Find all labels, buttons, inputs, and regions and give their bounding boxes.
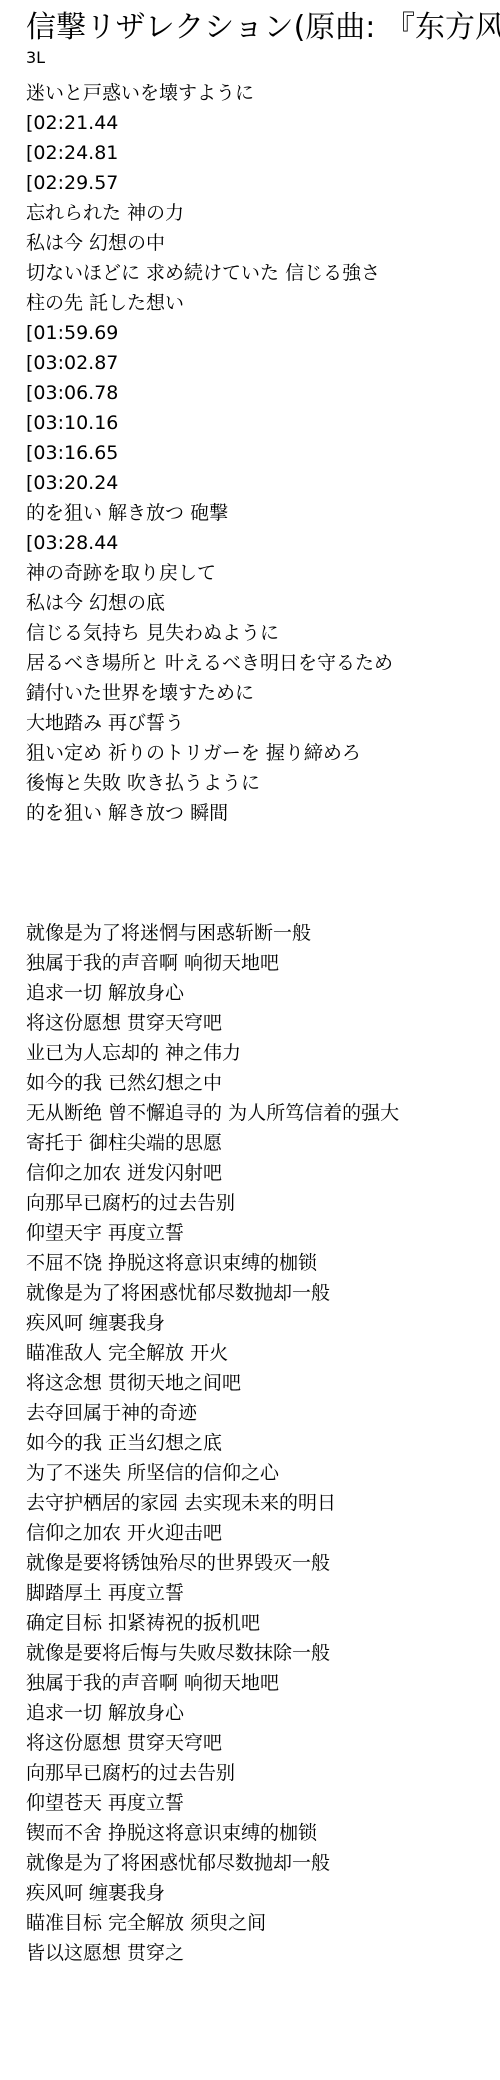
lyric-line: 仰望苍天 再度立誓 (26, 1788, 500, 1818)
artist-name: 3L (26, 48, 500, 68)
lyric-line: 将这份愿想 贯穿天穹吧 (26, 1728, 500, 1758)
lyric-line: [03:20.24 (26, 468, 500, 498)
lyric-line: 仰望天宇 再度立誓 (26, 1218, 500, 1248)
lyric-line: 如今的我 正当幻想之底 (26, 1428, 500, 1458)
lyric-line: 独属于我的声音啊 响彻天地吧 (26, 948, 500, 978)
chinese-lyrics-section: 就像是为了将迷惘与困惑斩断一般独属于我的声音啊 响彻天地吧追求一切 解放身心将这… (26, 918, 500, 1968)
lyric-line: 神の奇跡を取り戻して (26, 558, 500, 588)
lyric-line: [03:06.78 (26, 378, 500, 408)
lyric-line: 锲而不舍 挣脱这将意识束缚的枷锁 (26, 1818, 500, 1848)
lyric-line: [01:59.69 (26, 318, 500, 348)
lyric-line: 就像是为了将困惑忧郁尽数抛却一般 (26, 1848, 500, 1878)
lyric-line: 迷いと戸惑いを壊すように (26, 78, 500, 108)
lyric-line: 皆以这愿想 贯穿之 (26, 1938, 500, 1968)
lyric-line: 的を狙い 解き放つ 砲撃 (26, 498, 500, 528)
lyric-line: [03:02.87 (26, 348, 500, 378)
lyric-line: 瞄准目标 完全解放 须臾之间 (26, 1908, 500, 1938)
lyric-line: 忘れられた 神の力 (26, 198, 500, 228)
lyric-line: 向那早已腐朽的过去告别 (26, 1758, 500, 1788)
lyric-line: 无从断绝 曾不懈追寻的 为人所笃信着的强大 (26, 1098, 500, 1128)
lyric-line: 就像是要将后悔与失败尽数抹除一般 (26, 1638, 500, 1668)
lyric-line: 切ないほどに 求め続けていた 信じる強さ (26, 258, 500, 288)
lyric-line: 将这念想 贯彻天地之间吧 (26, 1368, 500, 1398)
lyric-line: [02:29.57 (26, 168, 500, 198)
lyric-line: [03:16.65 (26, 438, 500, 468)
lyric-line: 独属于我的声音啊 响彻天地吧 (26, 1668, 500, 1698)
lyrics-page: 信撃リザレクション(原曲: 『东方风 3L 迷いと戸惑いを壊すように[02:21… (0, 0, 500, 1968)
lyric-line: 信仰之加农 开火迎击吧 (26, 1518, 500, 1548)
song-title: 信撃リザレクション(原曲: 『东方风 (26, 10, 500, 46)
lyric-line: [03:10.16 (26, 408, 500, 438)
lyric-line: 疾风呵 缠裹我身 (26, 1878, 500, 1908)
lyric-line: 就像是为了将迷惘与困惑斩断一般 (26, 918, 500, 948)
lyric-line: 就像是要将锈蚀殆尽的世界毁灭一般 (26, 1548, 500, 1578)
lyric-line: 錆付いた世界を壊すために (26, 678, 500, 708)
lyric-line: 为了不迷失 所坚信的信仰之心 (26, 1458, 500, 1488)
lyric-line: 不屈不饶 挣脱这将意识束缚的枷锁 (26, 1248, 500, 1278)
lyric-line: 向那早已腐朽的过去告别 (26, 1188, 500, 1218)
japanese-lyrics-section: 迷いと戸惑いを壊すように[02:21.44[02:24.81[02:29.57忘… (26, 78, 500, 828)
lyric-line: 私は今 幻想の中 (26, 228, 500, 258)
lyric-line: 去夺回属于神的奇迹 (26, 1398, 500, 1428)
lyric-line: 如今的我 已然幻想之中 (26, 1068, 500, 1098)
lyric-line: 寄托于 御柱尖端的思愿 (26, 1128, 500, 1158)
lyric-line: [02:21.44 (26, 108, 500, 138)
lyric-line: 将这份愿想 贯穿天穹吧 (26, 1008, 500, 1038)
lyric-line: [03:28.44 (26, 528, 500, 558)
lyric-line: 居るべき場所と 叶えるべき明日を守るため (26, 648, 500, 678)
lyric-line: 就像是为了将困惑忧郁尽数抛却一般 (26, 1278, 500, 1308)
lyric-line: 後悔と失敗 吹き払うように (26, 768, 500, 798)
lyric-line: 追求一切 解放身心 (26, 1698, 500, 1728)
lyric-line: 狙い定め 祈りのトリガーを 握り締めろ (26, 738, 500, 768)
lyric-line: 的を狙い 解き放つ 瞬間 (26, 798, 500, 828)
lyric-line: 大地踏み 再び誓う (26, 708, 500, 738)
lyric-line: 信じる気持ち 見失わぬように (26, 618, 500, 648)
lyric-line: [02:24.81 (26, 138, 500, 168)
lyric-line: 疾风呵 缠裹我身 (26, 1308, 500, 1338)
lyric-line: 私は今 幻想の底 (26, 588, 500, 618)
lyric-line: 信仰之加农 迸发闪射吧 (26, 1158, 500, 1188)
lyric-line: 业已为人忘却的 神之伟力 (26, 1038, 500, 1068)
lyric-line: 确定目标 扣紧祷祝的扳机吧 (26, 1608, 500, 1638)
lyric-line: 脚踏厚土 再度立誓 (26, 1578, 500, 1608)
lyric-line: 瞄准敌人 完全解放 开火 (26, 1338, 500, 1368)
lyric-line: 追求一切 解放身心 (26, 978, 500, 1008)
lyric-line: 柱の先 託した想い (26, 288, 500, 318)
lyric-line: 去守护栖居的家园 去实现未来的明日 (26, 1488, 500, 1518)
